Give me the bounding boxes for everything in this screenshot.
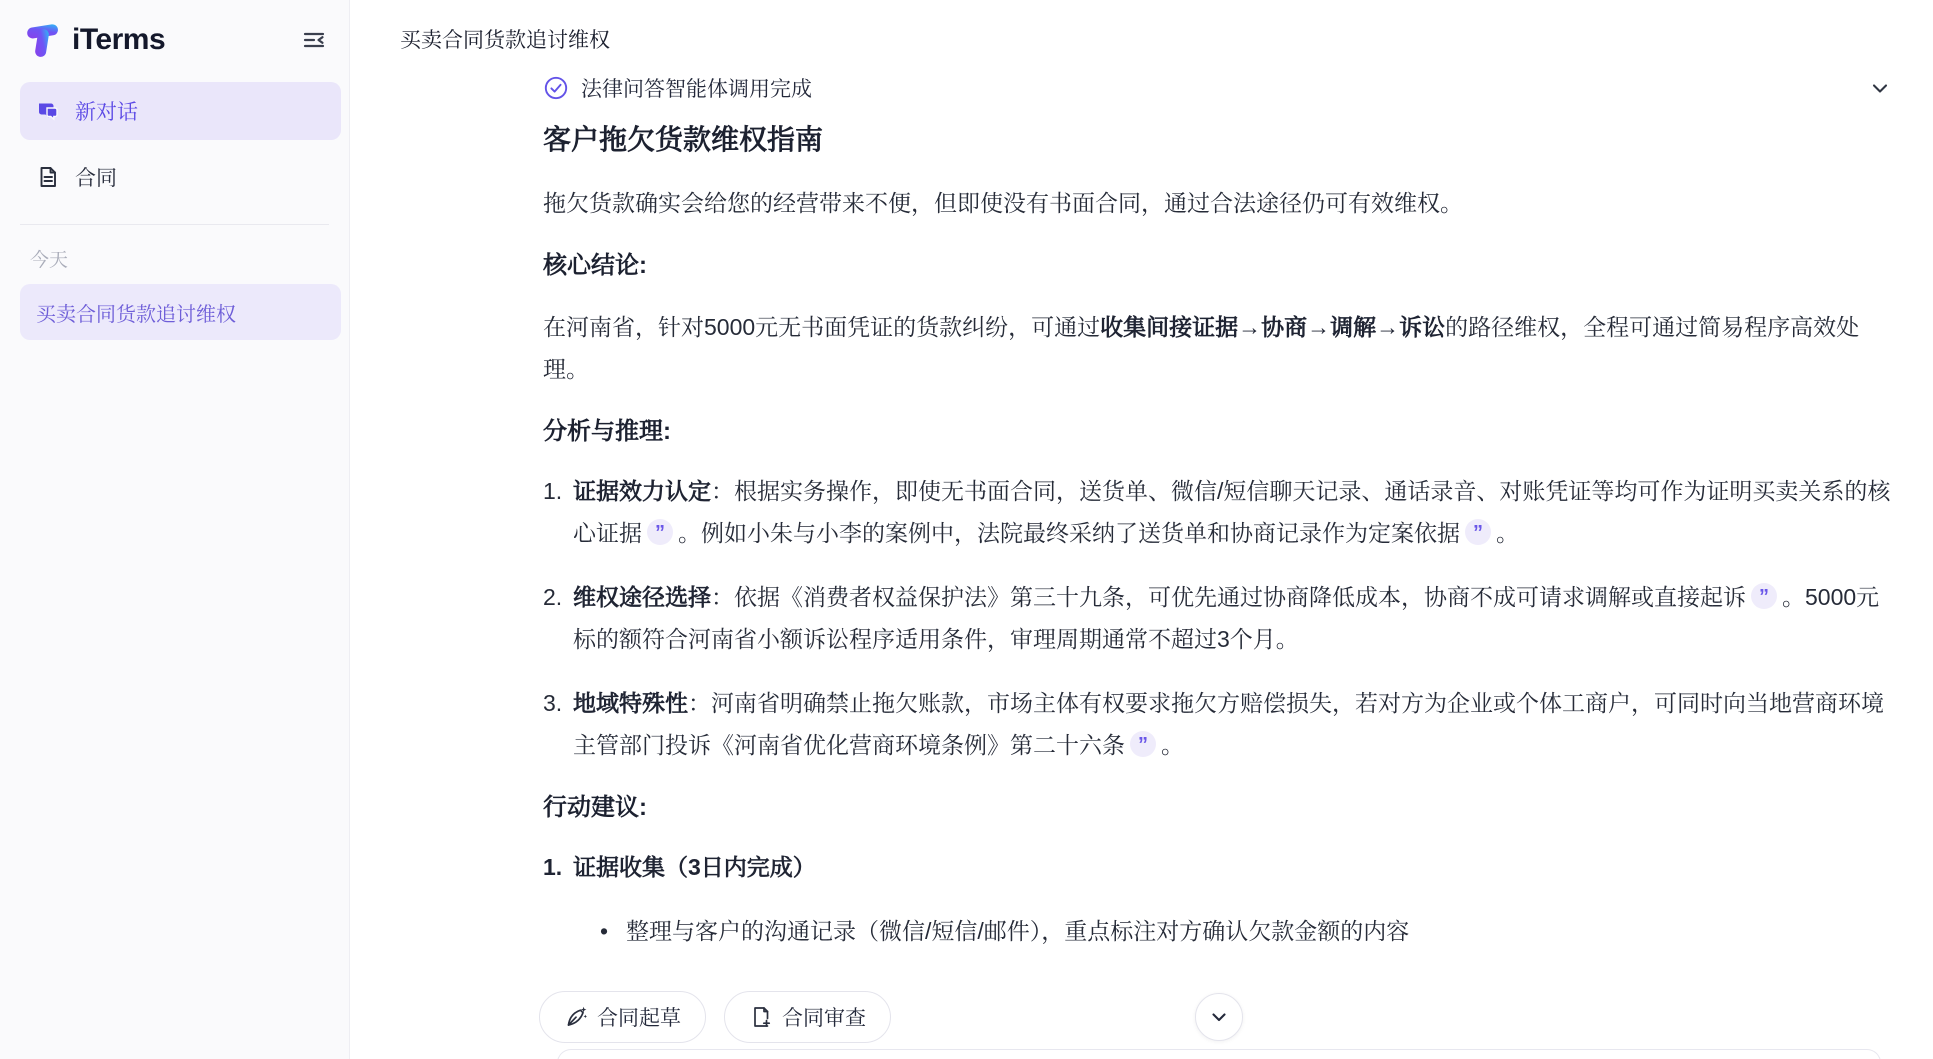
history-section-label: 今天 (0, 225, 349, 284)
analysis-list: 1. 证据效力认定：根据实务操作，即使无书面合同，送货单、微信/短信聊天记录、通… (543, 470, 1895, 766)
sidebar-item-new-chat[interactable]: 新对话 (20, 82, 341, 140)
sidebar: iTerms 新对话 (0, 0, 350, 1059)
article-title: 客户拖欠货款维权指南 (543, 122, 1895, 158)
sidebar-item-label: 新对话 (75, 96, 138, 126)
text: 。 (1496, 520, 1519, 546)
sidebar-item-label: 合同 (75, 162, 117, 192)
bold-text: 维权途径选择 (573, 584, 711, 610)
bullet-marker: • (600, 910, 626, 952)
document-icon (36, 165, 60, 189)
text: 。例如小朱与小李的案例中，法院最终采纳了送货单和协商记录作为定案依据 (678, 520, 1460, 546)
text: ：河南省明确禁止拖欠账款，市场主体有权要求拖欠方赔偿损失，若对方为企业或个体工商… (573, 690, 1884, 758)
list-marker: 1. (543, 846, 573, 888)
list-item: 1. 证据收集（3日内完成） (543, 846, 1895, 888)
iterms-logo-icon (22, 20, 62, 60)
list-item-text: 证据效力认定：根据实务操作，即使无书面合同，送货单、微信/短信聊天记录、通话录音… (573, 470, 1895, 554)
article-intro: 拖欠货款确实会给您的经营带来不便，但即使没有书面合同，通过合法途径仍可有效维权。 (543, 182, 1895, 224)
list-item: 2. 维权途径选择：依据《消费者权益保护法》第三十九条，可优先通过协商降低成本，… (543, 576, 1895, 660)
list-marker: 1. (543, 470, 573, 554)
contract-draft-button[interactable]: 合同起草 (539, 991, 706, 1043)
app-window: iTerms 新对话 (0, 0, 1933, 1059)
list-item-text: 证据收集（3日内完成） (573, 846, 1895, 888)
action-list: 1. 证据收集（3日内完成） • 整理与客户的沟通记录（微信/短信/邮件），重点… (543, 846, 1895, 952)
text: ：依据《消费者权益保护法》第三十九条，可优先通过协商降低成本，协商不成可请求调解… (711, 584, 1746, 610)
citation-badge[interactable]: ” (1465, 519, 1491, 545)
text: 整理与客户的沟通记录（微信/短信/邮件），重点标注对方确认欠款金额的内容 (626, 918, 1409, 944)
bold-text: 证据收集（3日内完成） (573, 854, 816, 880)
history-item-label: 买卖合同货款追讨维权 (36, 298, 236, 327)
sidebar-collapse-icon[interactable] (297, 23, 331, 57)
core-paragraph: 在河南省，针对5000元无书面凭证的货款纠纷，可通过收集间接证据→协商→调解→诉… (543, 306, 1895, 390)
check-circle-icon (543, 75, 569, 101)
sidebar-item-contracts[interactable]: 合同 (20, 148, 341, 206)
list-item: 1. 证据效力认定：根据实务操作，即使无书面合同，送货单、微信/短信聊天记录、通… (543, 470, 1895, 554)
scroll-to-bottom-button[interactable] (1195, 993, 1243, 1041)
footer-bar: 合同起草 合同审查 (543, 973, 1895, 1059)
assistant-message: 客户拖欠货款维权指南 拖欠货款确实会给您的经营带来不便，但即使没有书面合同，通过… (543, 122, 1895, 952)
list-item-text: 地域特殊性：河南省明确禁止拖欠账款，市场主体有权要求拖欠方赔偿损失，若对方为企业… (573, 682, 1895, 766)
text: 。 (1161, 732, 1184, 758)
agent-status-row[interactable]: 法律问答智能体调用完成 (543, 70, 1895, 106)
agent-status: 法律问答智能体调用完成 (543, 73, 812, 103)
doc-plus-icon (749, 1005, 773, 1029)
pen-sparkle-icon (564, 1005, 588, 1029)
history-list: 买卖合同货款追讨维权 (0, 284, 349, 340)
chat-content: 法律问答智能体调用完成 客户拖欠货款维权指南 拖欠货款确实会给您的经营带来不便，… (543, 70, 1895, 952)
sidebar-nav: 新对话 合同 (0, 76, 349, 214)
main-area: 买卖合同货款追讨维权 法律问答智能体调用完成 (350, 0, 1933, 1059)
history-item[interactable]: 买卖合同货款追讨维权 (20, 284, 341, 340)
analysis-heading: 分析与推理: (543, 416, 1895, 448)
bold-text: 收集间接证据→协商→调解→诉讼 (1100, 314, 1445, 340)
text: 在河南省，针对5000元无书面凭证的货款纠纷，可通过 (543, 314, 1100, 340)
bullet-item-text: 整理与客户的沟通记录（微信/短信/邮件），重点标注对方确认欠款金额的内容 (626, 910, 1409, 952)
chevron-down-icon (1207, 1005, 1231, 1029)
contract-review-button[interactable]: 合同审查 (724, 991, 891, 1043)
text: 拖欠货款确实会给您的经营带来不便，但即使没有书面合同，通过合法途径仍可有效维权。 (543, 190, 1463, 216)
conversation-title: 买卖合同货款追讨维权 (350, 0, 1933, 54)
brand-row: iTerms (0, 0, 349, 76)
core-heading: 核心结论: (543, 250, 1895, 282)
agent-status-label: 法律问答智能体调用完成 (581, 73, 812, 103)
list-item: 3. 地域特殊性：河南省明确禁止拖欠账款，市场主体有权要求拖欠方赔偿损失，若对方… (543, 682, 1895, 766)
contract-draft-label: 合同起草 (597, 1002, 681, 1032)
brand-name: iTerms (72, 23, 165, 57)
chat-input-box[interactable] (557, 1049, 1881, 1059)
bold-text: 地域特殊性 (573, 690, 688, 716)
quick-actions: 合同起草 合同审查 (539, 991, 891, 1043)
list-marker: 3. (543, 682, 573, 766)
citation-badge[interactable]: ” (1751, 583, 1777, 609)
citation-badge[interactable]: ” (1130, 731, 1156, 757)
citation-badge[interactable]: ” (647, 519, 673, 545)
bullet-item: • 整理与客户的沟通记录（微信/短信/邮件），重点标注对方确认欠款金额的内容 (543, 910, 1895, 952)
list-item-text: 维权途径选择：依据《消费者权益保护法》第三十九条，可优先通过协商降低成本，协商不… (573, 576, 1895, 660)
bold-text: 证据效力认定 (573, 478, 711, 504)
chat-icon (36, 99, 60, 123)
list-marker: 2. (543, 576, 573, 660)
collapse-status-chevron-icon[interactable] (1865, 73, 1895, 103)
contract-review-label: 合同审查 (782, 1002, 866, 1032)
action-heading: 行动建议: (543, 792, 1895, 824)
